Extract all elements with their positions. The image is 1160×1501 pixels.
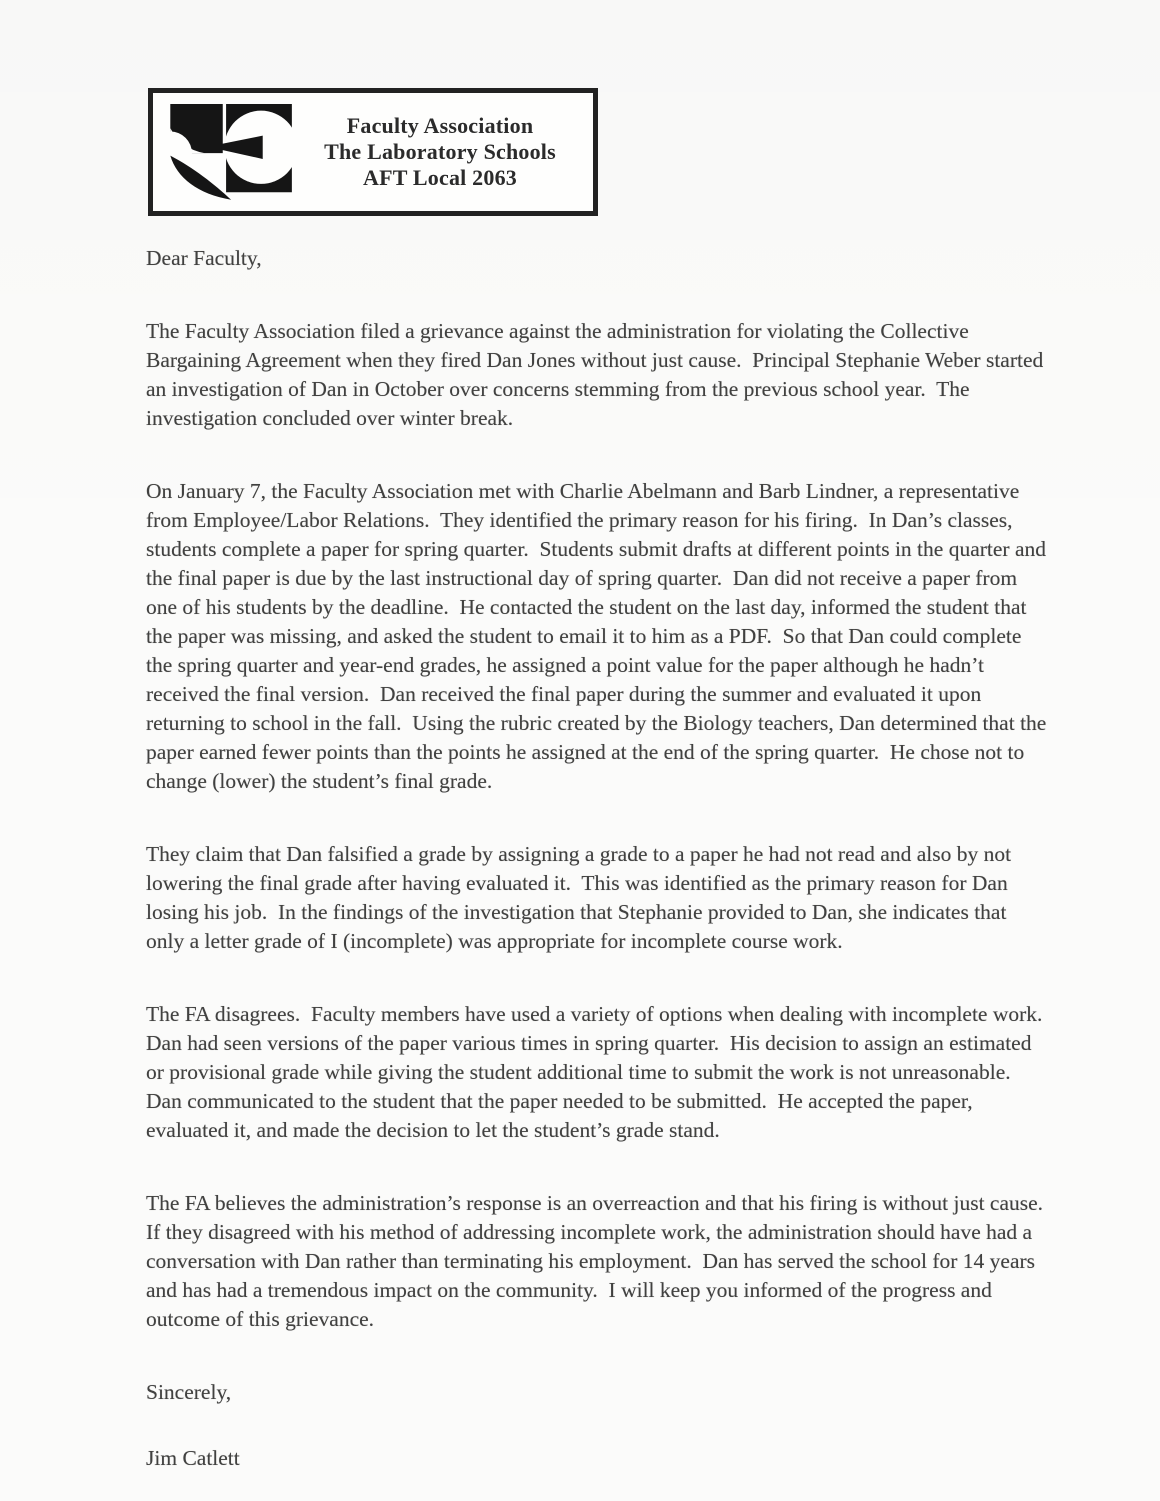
closing: Sincerely, [146, 1378, 1048, 1407]
greeting: Dear Faculty, [146, 244, 1048, 273]
paragraph-fa-believes: The FA believes the administration’s res… [146, 1189, 1048, 1334]
org-local: AFT Local 2063 [295, 165, 585, 191]
paragraph-claim: They claim that Dan falsified a grade by… [146, 840, 1048, 956]
paragraph-grievance-filed: The Faculty Association filed a grievanc… [146, 317, 1048, 433]
logo-mark-icon [163, 99, 295, 201]
letterhead-text: Faculty Association The Laboratory Schoo… [295, 113, 593, 191]
letterhead-box: Faculty Association The Laboratory Schoo… [148, 88, 598, 216]
letter-page: Faculty Association The Laboratory Schoo… [0, 0, 1160, 1501]
paragraph-fa-disagrees: The FA disagrees. Faculty members have u… [146, 1000, 1048, 1145]
letter-body: Dear Faculty, The Faculty Association fi… [146, 244, 1048, 1473]
paragraph-meeting-details: On January 7, the Faculty Association me… [146, 477, 1048, 796]
faculty-association-logo [163, 99, 295, 206]
signature-name: Jim Catlett [146, 1444, 1048, 1473]
org-name: Faculty Association [295, 113, 585, 139]
org-school: The Laboratory Schools [295, 139, 585, 165]
